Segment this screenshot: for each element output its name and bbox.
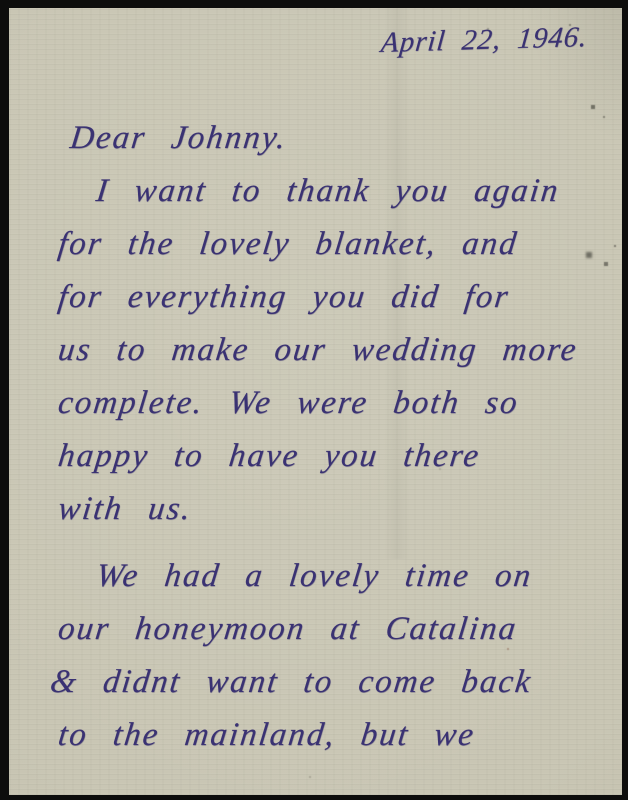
- date-line: April 22, 1946.: [379, 21, 586, 60]
- handwritten-text: I want to thank you again: [93, 165, 563, 218]
- handwritten-text: happy to have you there: [55, 430, 483, 483]
- date-text: April 22, 1946.: [380, 21, 590, 60]
- letter-paper: April 22, 1946. Dear Johnny. I want to t…: [9, 8, 622, 795]
- paragraph-2: We had a lovely time on our honeymoon at…: [55, 550, 622, 762]
- handwritten-line: to the mainland, but we: [55, 709, 622, 762]
- handwritten-line: with us.: [55, 483, 622, 536]
- handwritten-line: I want to thank you again: [55, 165, 622, 218]
- salutation-text: Dear Johnny.: [67, 112, 290, 165]
- handwritten-text: with us.: [55, 483, 195, 536]
- salutation-line: Dear Johnny.: [55, 112, 622, 165]
- handwritten-line: We had a lovely time on: [55, 550, 622, 603]
- handwritten-line: our honeymoon at Catalina: [55, 603, 622, 656]
- handwritten-line: & didnt want to come back: [47, 656, 622, 709]
- scan-dust-specks: [9, 8, 11, 10]
- handwritten-text: our honeymoon at Catalina: [55, 603, 520, 656]
- handwritten-line: for the lovely blanket, and: [55, 218, 622, 271]
- paragraph-1: I want to thank you again for the lovely…: [55, 165, 622, 536]
- handwritten-line: happy to have you there: [55, 430, 622, 483]
- handwritten-text: us to make our wedding more: [55, 324, 581, 377]
- handwritten-text: We had a lovely time on: [93, 550, 535, 603]
- handwritten-line: for everything you did for: [55, 271, 622, 324]
- handwritten-text: complete. We were both so: [55, 377, 522, 430]
- handwritten-text: for everything you did for: [55, 271, 513, 324]
- handwritten-line: us to make our wedding more: [55, 324, 622, 377]
- letter-body: Dear Johnny. I want to thank you again f…: [55, 112, 622, 762]
- handwritten-text: for the lovely blanket, and: [55, 218, 521, 271]
- handwritten-line: complete. We were both so: [55, 377, 622, 430]
- handwritten-text: & didnt want to come back: [47, 656, 535, 709]
- scan-frame: { "letter": { "kind": "handwritten-lette…: [0, 0, 628, 800]
- handwritten-text: to the mainland, but we: [55, 709, 478, 762]
